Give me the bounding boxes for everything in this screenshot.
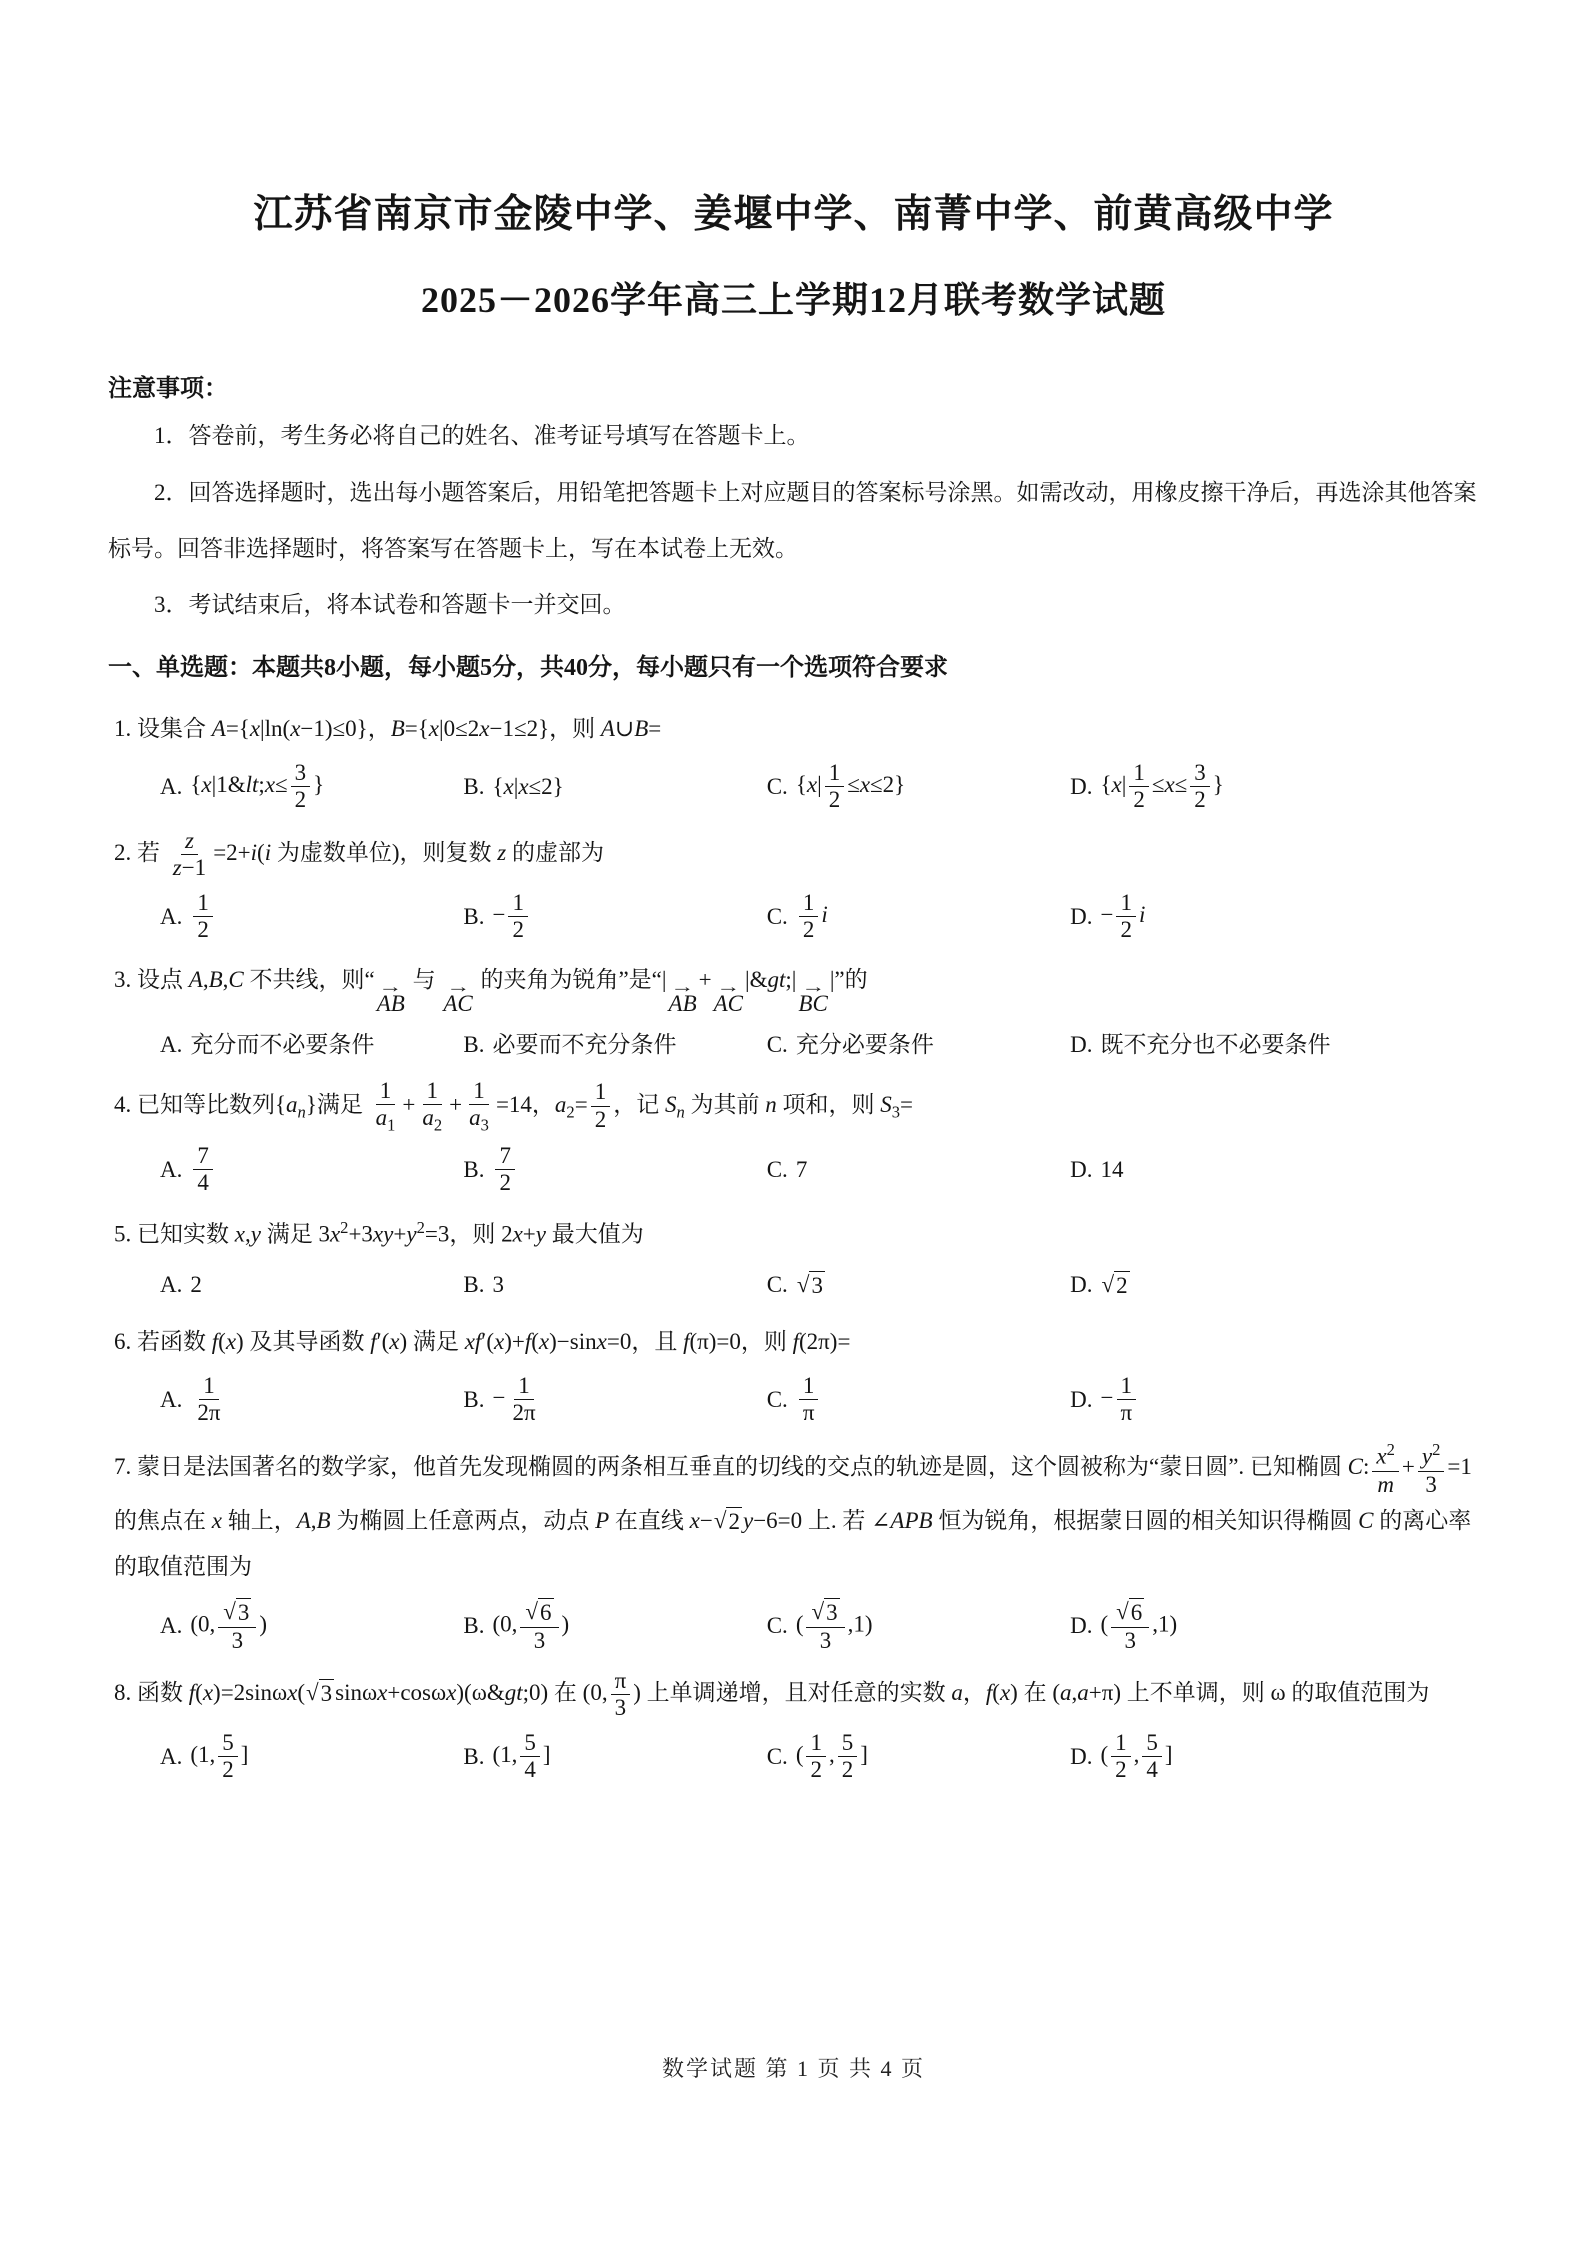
option-content: 7 (796, 1150, 808, 1189)
option-D: D.{x|12≤x≤32} (1070, 760, 1479, 814)
option-label: C. (767, 767, 788, 806)
option-content: {x|12≤x≤32} (1100, 760, 1223, 814)
option-content: 74 (190, 1143, 216, 1197)
option-C: C.12i (767, 890, 1070, 944)
question-stem: 6. 若函数 f(x) 及其导函数 f′(x) 满足 xf′(x)+f(x)−s… (108, 1319, 1479, 1365)
option-C: C.充分必要条件 (767, 1025, 1070, 1064)
question-4: 4. 已知等比数列{an}满足 1a1+1a2+1a3=14，a2=12，记 S… (108, 1078, 1479, 1197)
option-label: D. (1070, 1150, 1092, 1189)
option-label: A. (160, 767, 182, 806)
option-A: A.(0,√33) (160, 1598, 463, 1654)
question-1: 1. 设集合 A={x|ln(x−1)≤0}，B={x|0≤2x−1≤2}，则 … (108, 706, 1479, 814)
option-content: (1,54] (492, 1730, 550, 1784)
options-row: A.74B.72C.7D.14 (108, 1143, 1479, 1197)
option-content: {x|1&lt;x≤32} (190, 760, 324, 814)
option-content: (0,√63) (492, 1598, 569, 1654)
option-B: B.−12π (463, 1373, 766, 1427)
option-content: (0,√33) (190, 1598, 267, 1654)
options-row: A.12πB.−12πC.1πD.−1π (108, 1373, 1479, 1427)
option-D: D.√2 (1070, 1265, 1479, 1304)
option-label: A. (160, 1606, 182, 1645)
option-content: −12 (492, 890, 530, 944)
option-D: D.(√63,1) (1070, 1598, 1479, 1654)
option-content: 充分必要条件 (796, 1025, 934, 1064)
option-content: 72 (492, 1143, 518, 1197)
option-label: C. (767, 1606, 788, 1645)
option-A: A.12π (160, 1373, 463, 1427)
notice-item-2: 2．回答选择题时，选出每小题答案后，用铅笔把答题卡上对应题目的答案标号涂黑。如需… (108, 465, 1479, 578)
option-content: {x|12≤x≤2} (796, 760, 905, 814)
notice-item-1: 1．答卷前，考生务必将自己的姓名、准考证号填写在答题卡上。 (108, 408, 1479, 464)
question-6: 6. 若函数 f(x) 及其导函数 f′(x) 满足 xf′(x)+f(x)−s… (108, 1319, 1479, 1427)
question-8: 8. 函数 f(x)=2sinωx(√3sinωx+cosωx)(ω&gt;0)… (108, 1668, 1479, 1784)
question-stem: 8. 函数 f(x)=2sinωx(√3sinωx+cosωx)(ω&gt;0)… (108, 1668, 1479, 1722)
options-row: A.(1,52]B.(1,54]C.(12,52]D.(12,54] (108, 1730, 1479, 1784)
option-label: D. (1070, 897, 1092, 936)
option-label: B. (463, 1265, 484, 1304)
option-C: C.{x|12≤x≤2} (767, 760, 1070, 814)
option-content: 1π (796, 1373, 822, 1427)
option-B: B.72 (463, 1143, 766, 1197)
option-content: 2 (190, 1265, 202, 1304)
option-label: B. (463, 1025, 484, 1064)
question-5: 5. 已知实数 x,y 满足 3x2+3xy+y2=3，则 2x+y 最大值为A… (108, 1211, 1479, 1305)
exam-page: 江苏省南京市金陵中学、姜堰中学、南菁中学、前黄高级中学 2025－2026学年高… (0, 0, 1587, 2245)
option-C: C.1π (767, 1373, 1070, 1427)
option-B: B.{x|x≤2} (463, 767, 766, 806)
option-label: A. (160, 1737, 182, 1776)
option-content: 12π (190, 1373, 227, 1427)
option-label: C. (767, 1025, 788, 1064)
option-A: A.充分而不必要条件 (160, 1025, 463, 1064)
option-label: D. (1070, 767, 1092, 806)
option-content: (12,52] (796, 1730, 868, 1784)
notice-title: 注意事项： (108, 370, 1479, 408)
question-2: 2. 若 zz−1=2+i(i 为虚数单位)，则复数 z 的虚部为A.12B.−… (108, 828, 1479, 944)
question-stem: 5. 已知实数 x,y 满足 3x2+3xy+y2=3，则 2x+y 最大值为 (108, 1211, 1479, 1258)
option-content: 12 (190, 890, 216, 944)
option-label: C. (767, 897, 788, 936)
option-label: C. (767, 1380, 788, 1419)
option-label: A. (160, 1025, 182, 1064)
section-heading: 一、单选题：本题共8小题，每小题5分，共40分，每小题只有一个选项符合要求 (108, 644, 1479, 692)
option-content: −12π (492, 1373, 542, 1427)
questions: 1. 设集合 A={x|ln(x−1)≤0}，B={x|0≤2x−1≤2}，则 … (108, 706, 1479, 1784)
options-row: A.12B.−12C.12iD.−12i (108, 890, 1479, 944)
option-label: B. (463, 767, 484, 806)
question-stem: 7. 蒙日是法国著名的数学家，他首先发现椭圆的两条相互垂直的切线的交点的轨迹是圆… (108, 1440, 1479, 1590)
option-content: −12i (1100, 890, 1145, 944)
notice-item-3: 3．考试结束后，将本试卷和答题卡一并交回。 (108, 577, 1479, 633)
option-content: −1π (1100, 1373, 1139, 1427)
option-content: 必要而不充分条件 (492, 1025, 676, 1064)
option-label: A. (160, 1380, 182, 1419)
option-label: D. (1070, 1606, 1092, 1645)
question-stem: 2. 若 zz−1=2+i(i 为虚数单位)，则复数 z 的虚部为 (108, 828, 1479, 882)
option-label: A. (160, 1150, 182, 1189)
option-content: √2 (1100, 1265, 1130, 1304)
option-C: C.(√33,1) (767, 1598, 1070, 1654)
option-content: (1,52] (190, 1730, 248, 1784)
option-content: 充分而不必要条件 (190, 1025, 374, 1064)
option-A: A.(1,52] (160, 1730, 463, 1784)
option-label: C. (767, 1737, 788, 1776)
option-A: A.{x|1&lt;x≤32} (160, 760, 463, 814)
option-label: A. (160, 1265, 182, 1304)
option-label: B. (463, 897, 484, 936)
option-content: {x|x≤2} (492, 767, 563, 806)
question-stem: 3. 设点 A,B,C 不共线，则“→AB 与 →AC 的夹角为锐角”是“|→A… (108, 957, 1479, 1016)
option-content: (√33,1) (796, 1598, 873, 1654)
option-C: C.(12,52] (767, 1730, 1070, 1784)
option-content: 3 (492, 1265, 504, 1304)
options-row: A.{x|1&lt;x≤32}B.{x|x≤2}C.{x|12≤x≤2}D.{x… (108, 760, 1479, 814)
option-C: C.7 (767, 1150, 1070, 1189)
option-C: C.√3 (767, 1265, 1070, 1304)
option-D: D.既不充分也不必要条件 (1070, 1025, 1479, 1064)
option-content: √3 (796, 1265, 826, 1304)
option-D: D.−12i (1070, 890, 1479, 944)
option-D: D.−1π (1070, 1373, 1479, 1427)
option-content: (12,54] (1100, 1730, 1172, 1784)
option-D: D.14 (1070, 1150, 1479, 1189)
option-B: B.(1,54] (463, 1730, 766, 1784)
option-content: 12i (796, 890, 828, 944)
title-line-1: 江苏省南京市金陵中学、姜堰中学、南菁中学、前黄高级中学 (108, 192, 1479, 239)
option-B: B.−12 (463, 890, 766, 944)
option-content: 14 (1100, 1150, 1123, 1189)
notice-section: 注意事项： 1．答卷前，考生务必将自己的姓名、准考证号填写在答题卡上。 2．回答… (108, 370, 1479, 634)
option-label: B. (463, 1737, 484, 1776)
option-D: D.(12,54] (1070, 1730, 1479, 1784)
question-stem: 4. 已知等比数列{an}满足 1a1+1a2+1a3=14，a2=12，记 S… (108, 1078, 1479, 1135)
option-B: B.(0,√63) (463, 1598, 766, 1654)
option-A: A.74 (160, 1143, 463, 1197)
option-label: A. (160, 897, 182, 936)
option-label: C. (767, 1265, 788, 1304)
option-label: D. (1070, 1380, 1092, 1419)
options-row: A.充分而不必要条件B.必要而不充分条件C.充分必要条件D.既不充分也不必要条件 (108, 1025, 1479, 1064)
options-row: A.(0,√33)B.(0,√63)C.(√33,1)D.(√63,1) (108, 1598, 1479, 1654)
option-label: D. (1070, 1265, 1092, 1304)
option-content: (√63,1) (1100, 1598, 1177, 1654)
option-label: D. (1070, 1025, 1092, 1064)
options-row: A.2B.3C.√3D.√2 (108, 1265, 1479, 1304)
option-label: D. (1070, 1737, 1092, 1776)
option-label: B. (463, 1380, 484, 1419)
question-7: 7. 蒙日是法国著名的数学家，他首先发现椭圆的两条相互垂直的切线的交点的轨迹是圆… (108, 1440, 1479, 1654)
question-stem: 1. 设集合 A={x|ln(x−1)≤0}，B={x|0≤2x−1≤2}，则 … (108, 706, 1479, 752)
option-content: 既不充分也不必要条件 (1100, 1025, 1330, 1064)
option-B: B.必要而不充分条件 (463, 1025, 766, 1064)
option-label: B. (463, 1150, 484, 1189)
option-A: A.12 (160, 890, 463, 944)
option-B: B.3 (463, 1265, 766, 1304)
option-A: A.2 (160, 1265, 463, 1304)
question-3: 3. 设点 A,B,C 不共线，则“→AB 与 →AC 的夹角为锐角”是“|→A… (108, 957, 1479, 1064)
option-label: C. (767, 1150, 788, 1189)
page-footer: 数学试题 第 1 页 共 4 页 (0, 2052, 1587, 2083)
title-line-2: 2025－2026学年高三上学期12月联考数学试题 (108, 279, 1479, 322)
option-label: B. (463, 1606, 484, 1645)
